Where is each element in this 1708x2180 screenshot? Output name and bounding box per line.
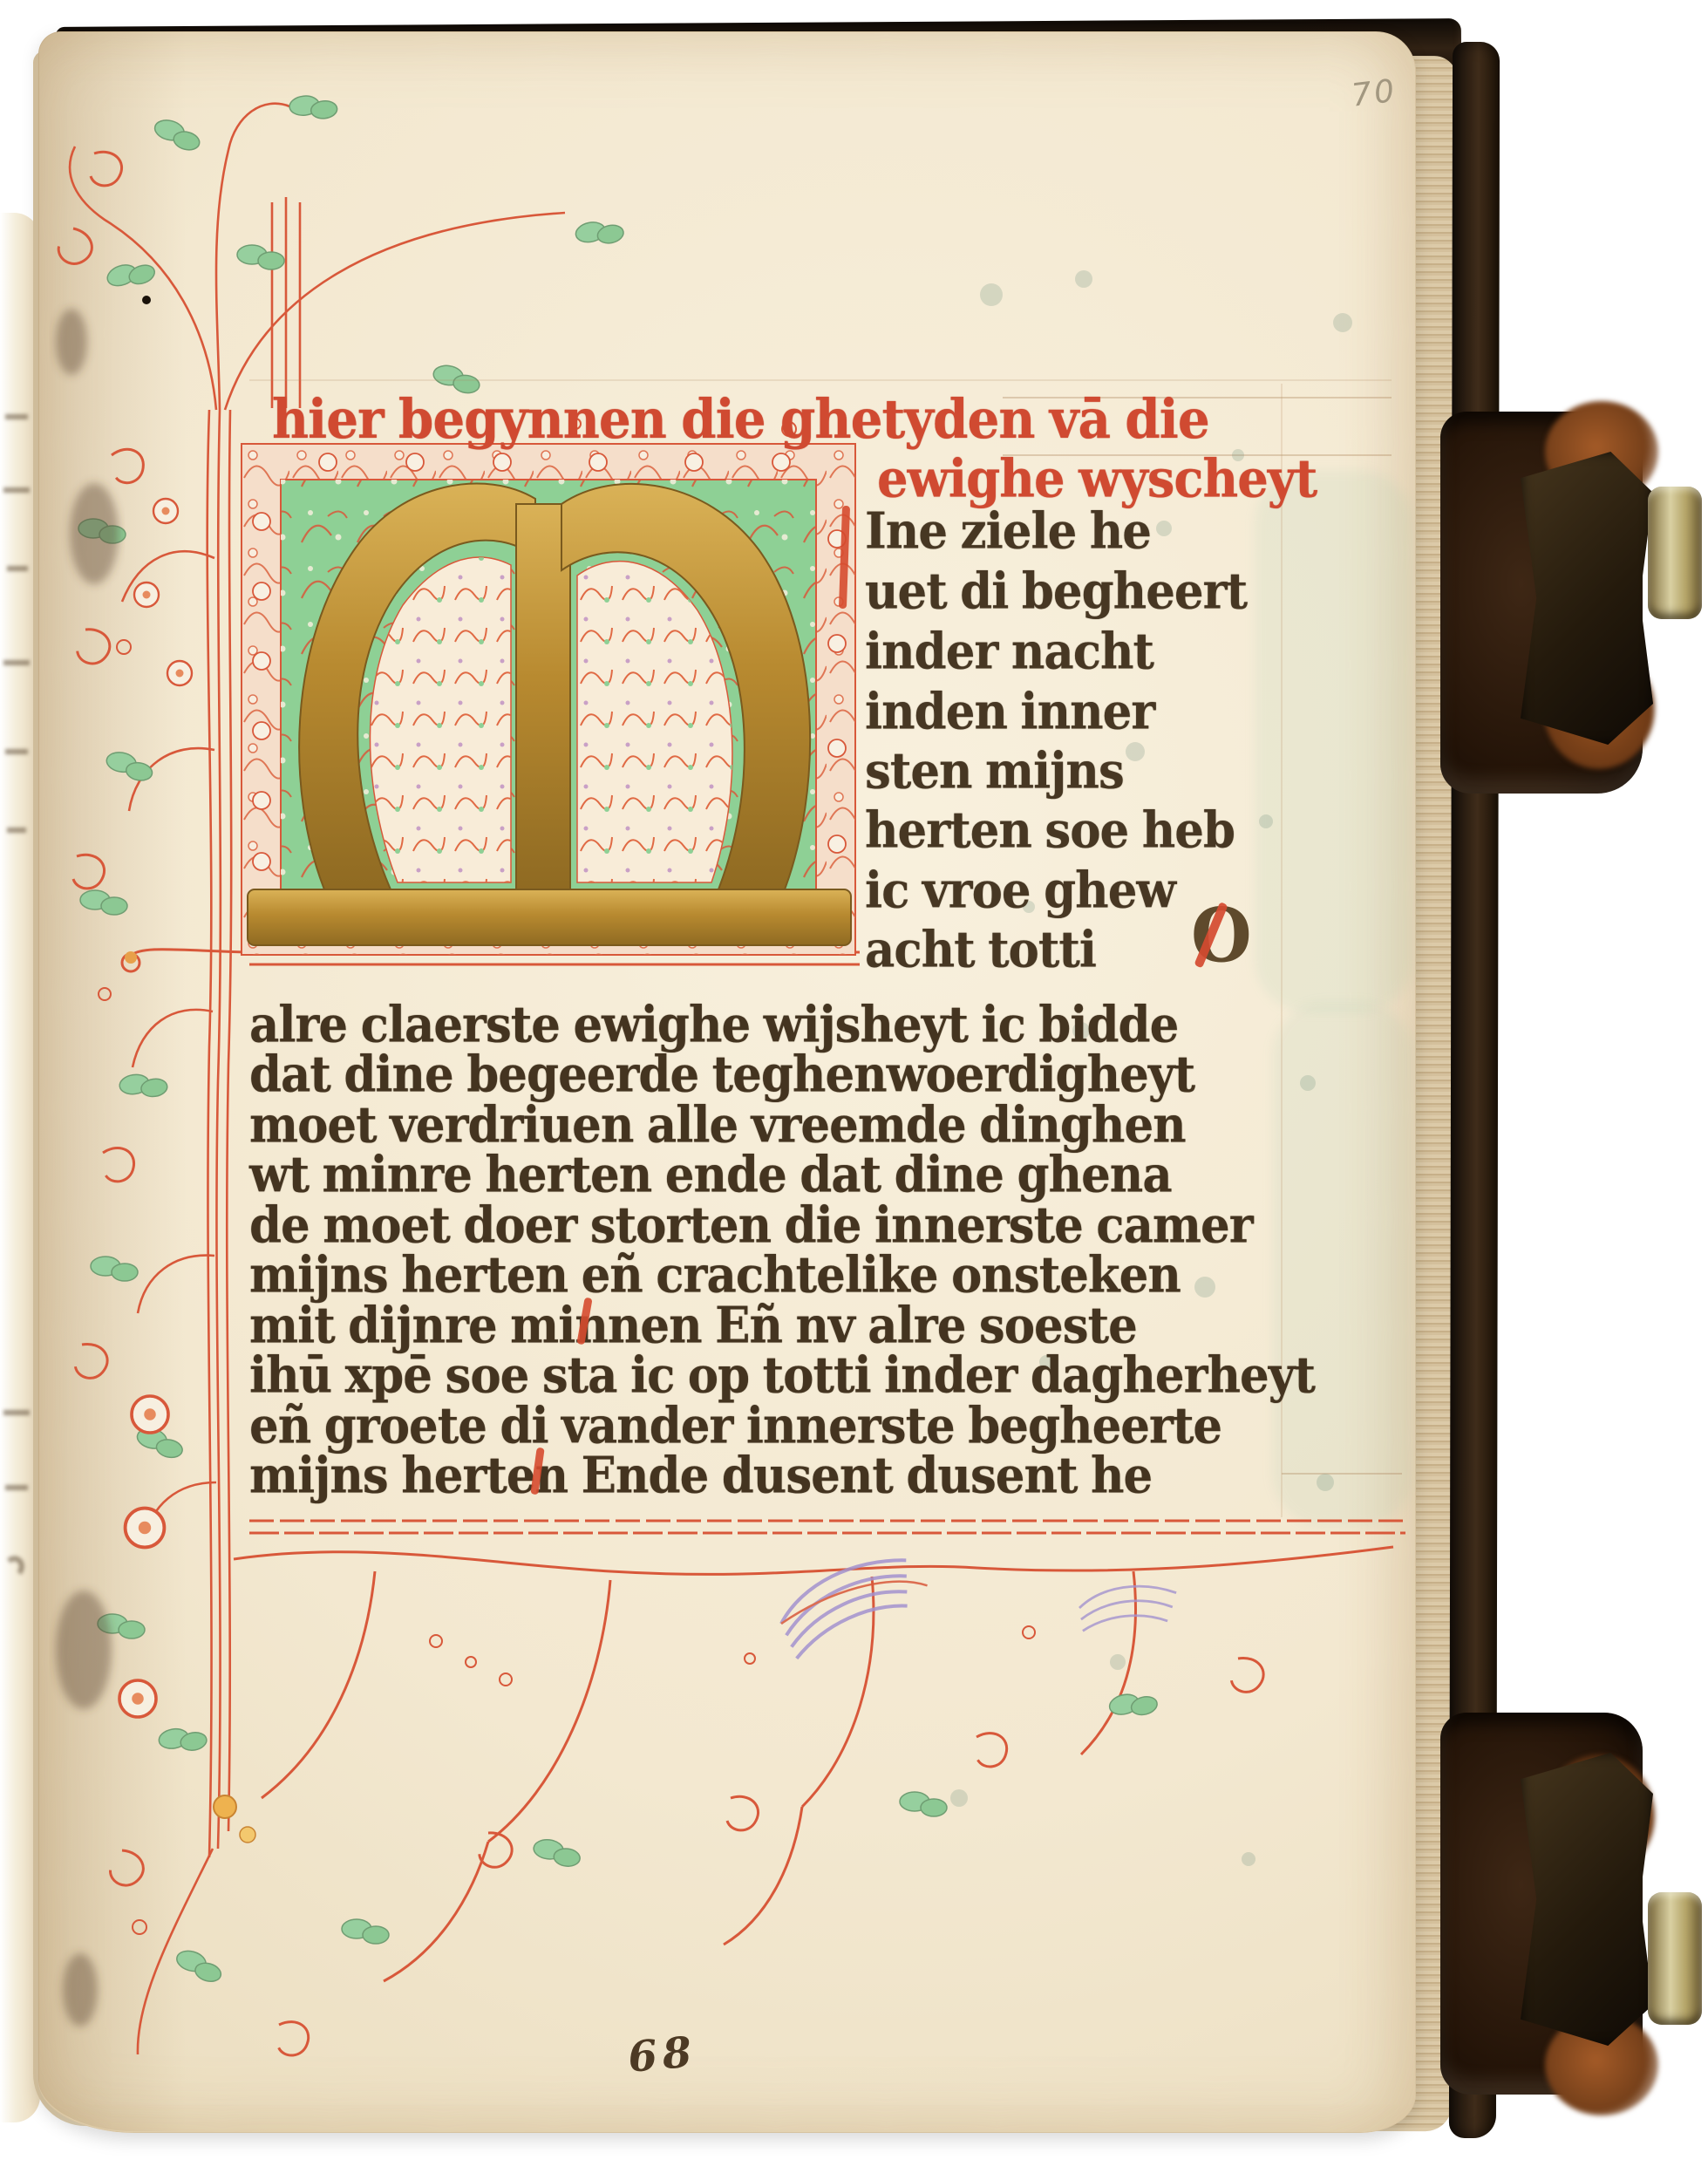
rubric-line-2: ewighe wyscheyt xyxy=(877,448,1317,510)
brass-fitting xyxy=(1648,487,1702,619)
page-shading xyxy=(38,31,187,2131)
text-line: wt minre herten ende dat dine ghena xyxy=(249,1146,1172,1203)
text-line: inder nacht xyxy=(865,623,1153,680)
clasp-upper xyxy=(1440,401,1702,818)
text-line: inden inner xyxy=(865,683,1154,740)
stain-wash xyxy=(1273,1003,1412,1526)
text-line: ic vroe ghew xyxy=(865,862,1175,919)
text-line: sten mijns xyxy=(865,742,1124,800)
text-line: mijns herten Ende dusent dusent he xyxy=(249,1447,1152,1504)
text-line: uet di begheert xyxy=(865,562,1247,620)
rubric-line-1: hier begynnen die ghetyden vā die xyxy=(272,387,1209,451)
versal-initial-O: O xyxy=(1191,891,1251,979)
text-line: herten soe heb xyxy=(865,801,1235,859)
text-line: ihū xpē soe sta ic op totti inder dagher… xyxy=(249,1346,1315,1404)
clasp-plate xyxy=(1521,452,1653,745)
text-line: mijns herten eñ crachtelike onsteken xyxy=(249,1246,1181,1304)
brass-fitting xyxy=(1648,1892,1702,2025)
manuscript-photo: M hier begynnen die ghetyden vā die ewig… xyxy=(0,0,1708,2180)
clasp-lower xyxy=(1440,1702,1702,2112)
text-line: Ine ziele he xyxy=(865,502,1151,560)
stain-wash xyxy=(1255,471,1412,1012)
folio-number-pencil: 70 xyxy=(1350,73,1398,114)
text-line: acht totti xyxy=(865,921,1096,978)
text-line: dat dine begeerde teghenwoerdigheyt xyxy=(249,1046,1194,1103)
clasp-plate xyxy=(1521,1753,1653,2046)
quire-mark-ink: 68 xyxy=(626,2027,698,2082)
illuminated-initial-M xyxy=(241,443,856,1001)
